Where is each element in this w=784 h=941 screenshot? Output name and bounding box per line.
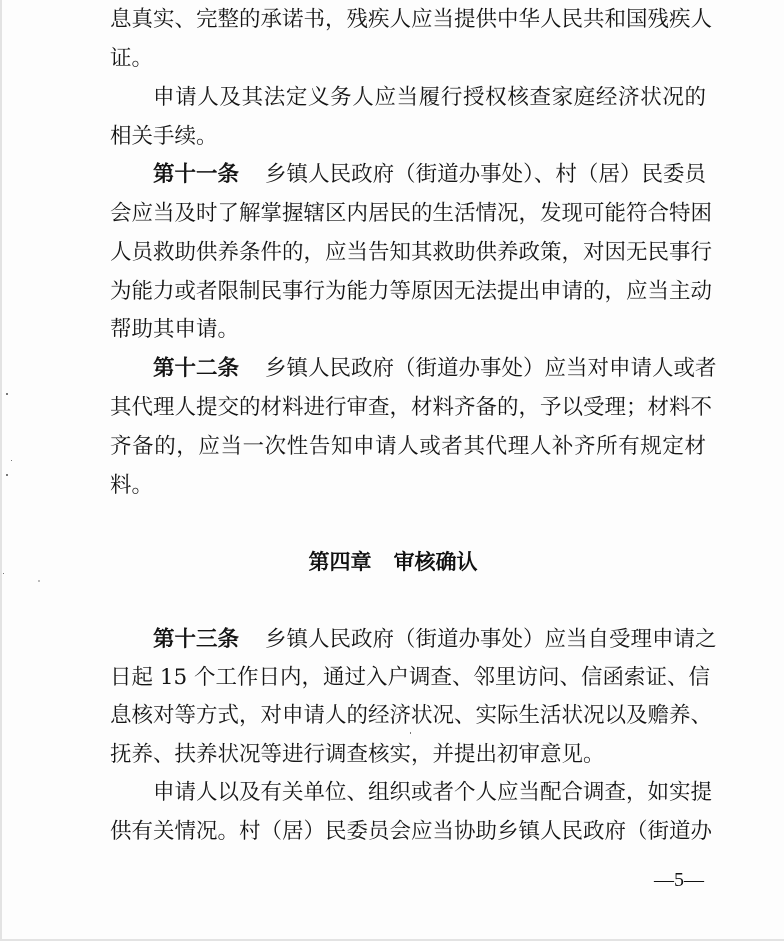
text-line: 证。	[110, 44, 706, 74]
scan-speck	[6, 393, 8, 395]
text-line: 息真实、完整的承诺书，残疾人应当提供中华人民共和国残疾人	[110, 5, 706, 35]
text-line: 申请人及其法定义务人应当履行授权核查家庭经济状况的	[153, 83, 706, 113]
chapter-heading: 第四章审核确认	[2, 547, 784, 577]
text-line: 日起 15 个工作日内，通过入户调查、邻里访问、信函索证、信	[110, 663, 706, 693]
chapter-title: 审核确认	[394, 550, 478, 574]
text-line: 会应当及时了解掌握辖区内居民的生活情况，发现可能符合特困	[110, 199, 706, 229]
text-line: 相关手续。	[110, 122, 706, 152]
text-line: 息核对等方式，对申请人的经济状况、实际生活状况以及赡养、	[110, 701, 706, 731]
text-line: 齐备的，应当一次性告知申请人或者其代理人补齐所有规定材	[110, 432, 706, 462]
text-line: 抚养、扶养状况等进行调查核实，并提出初审意见。	[110, 740, 706, 770]
text-line: 人员救助供养条件的，应当告知其救助供养政策，对因无民事行	[110, 238, 706, 268]
scan-speck	[11, 460, 12, 461]
text-line: 料。	[110, 471, 706, 501]
document-page: 息真实、完整的承诺书，残疾人应当提供中华人民共和国残疾人 证。 申请人及其法定义…	[2, 0, 784, 939]
chapter-number: 第四章	[309, 550, 372, 574]
text-line: 帮助其申请。	[110, 315, 706, 345]
text-line: 为能力或者限制民事行为能力等原因无法提出申请的，应当主动	[110, 277, 706, 307]
scan-speck	[6, 474, 8, 476]
article-number: 第十二条	[153, 356, 239, 381]
text-line: 供有关情况。村（居）民委员会应当协助乡镇人民政府（街道办	[110, 817, 706, 847]
scan-speck	[410, 732, 411, 734]
article-11-first-line: 第十一条乡镇人民政府（街道办事处）、村（居）民委员	[153, 160, 706, 190]
text-line: 其代理人提交的材料进行审查，材料齐备的，予以受理；材料不	[110, 393, 706, 423]
scan-speck	[38, 580, 40, 582]
article-text: 乡镇人民政府（街道办事处）应当自受理申请之	[265, 627, 717, 652]
text-line: 申请人以及有关单位、组织或者个人应当配合调查，如实提	[153, 778, 706, 808]
article-number: 第十三条	[153, 627, 239, 652]
article-text: 乡镇人民政府（街道办事处）应当对申请人或者	[265, 356, 717, 381]
article-text: 乡镇人民政府（街道办事处）、村（居）民委员	[265, 162, 706, 187]
page-number: —5—	[654, 867, 704, 893]
article-13-first-line: 第十三条乡镇人民政府（街道办事处）应当自受理申请之	[153, 625, 706, 655]
article-number: 第十一条	[153, 162, 239, 187]
article-12-first-line: 第十二条乡镇人民政府（街道办事处）应当对申请人或者	[153, 354, 706, 384]
scan-speck	[3, 573, 4, 574]
